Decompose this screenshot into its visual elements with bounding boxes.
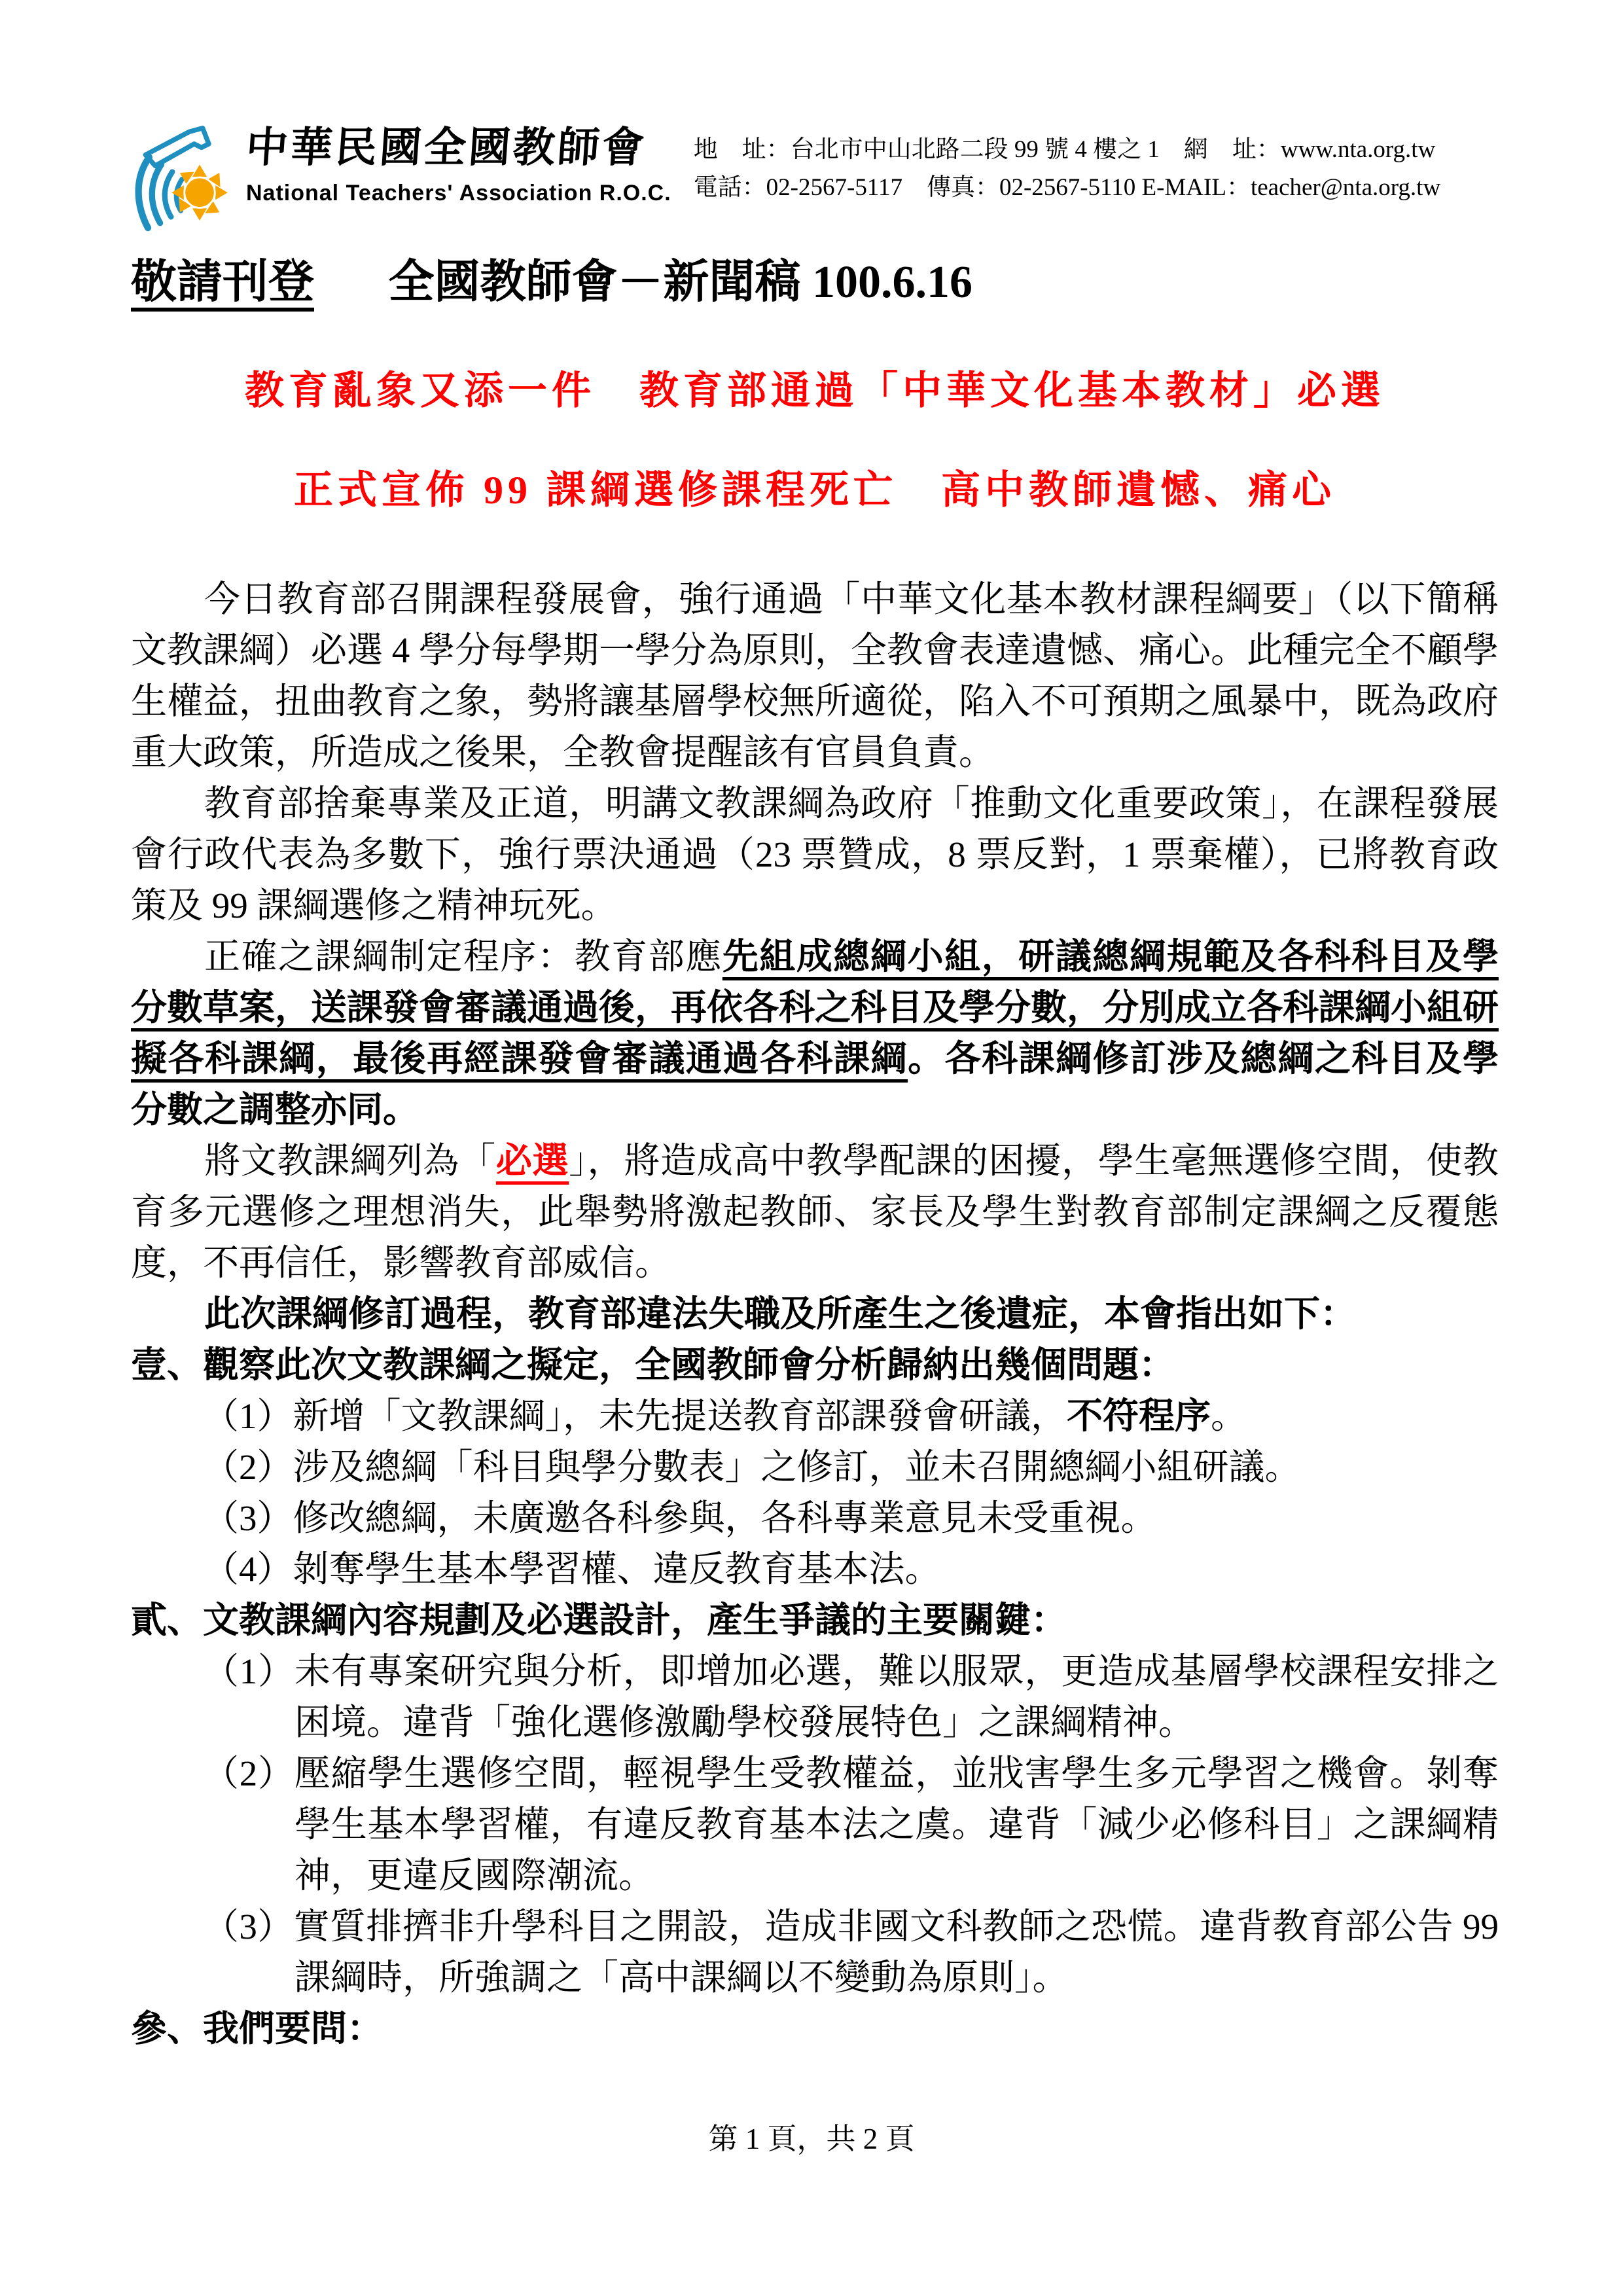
- contact-address-line: 地 址：台北市中山北路二段 99 號 4 樓之 1 網 址：www.nta.or…: [694, 131, 1440, 169]
- headline-line-1: 教育亂象又添一件 教育部通過「中華文化基本教材」必選: [131, 371, 1499, 410]
- section-1-item-2: （2）涉及總綱「科目與學分數表」之修訂，並未召開總綱小組研議。: [131, 1442, 1499, 1493]
- paragraph-2: 教育部捨棄專業及正道，明講文教課綱為政府「推動文化重要政策」，在課程發展會行政代…: [131, 778, 1499, 931]
- headline: 教育亂象又添一件 教育部通過「中華文化基本教材」必選 正式宣佈 99 課綱選修課…: [131, 371, 1499, 510]
- paragraph-1: 今日教育部召開課程發展會，強行通過「中華文化基本教材課程綱要」（以下簡稱文教課綱…: [131, 574, 1499, 778]
- required-elective-highlight: 必選: [496, 1141, 569, 1181]
- paragraph-3: 正確之課綱制定程序：教育部應先組成總綱小組，研議總綱規範及各科科目及學分數草案，…: [131, 931, 1499, 1136]
- body-text: 今日教育部召開課程發展會，強行通過「中華文化基本教材課程綱要」（以下簡稱文教課綱…: [131, 574, 1499, 2054]
- paragraph-5: 此次課綱修訂過程，教育部違法失職及所產生之後遺症，本會指出如下：: [131, 1289, 1499, 1340]
- press-release-title: 全國教師會－新聞稿 100.6.16: [389, 257, 973, 308]
- section-2-item-1: （1）未有專案研究與分析，即增加必選，難以服眾，更造成基層學校課程安排之困境。違…: [131, 1646, 1499, 1748]
- section-1-heading: 壹、觀察此次文教課綱之擬定，全國教師會分析歸納出幾個問題：: [131, 1340, 1499, 1391]
- contact-phone-line: 電話：02-2567-5117 傳真：02-2567-5110 E-MAIL：t…: [694, 169, 1440, 207]
- section-1-item-1: （1）新增「文教課綱」，未先提送教育部課發會研議，不符程序。: [131, 1391, 1499, 1442]
- section-2-heading: 貳、文教課綱內容規劃及必選設計，產生爭議的主要關鍵：: [131, 1595, 1499, 1646]
- document-title-row: 敬請刊登 全國教師會－新聞稿 100.6.16: [131, 245, 1499, 311]
- section-2-item-3: （3）實質排擠非升學科目之開設，造成非國文科教師之恐慌。違背教育部公告 99 課…: [131, 1901, 1499, 2003]
- sunflower: [171, 164, 228, 221]
- nta-logo: 中華民國全國教師會 National Teachers' Association…: [131, 117, 671, 236]
- section-3-heading: 參、我們要問：: [131, 2003, 1499, 2054]
- section-1-item-3: （3）修改總綱，未廣邀各科參與，各科專業意見未受重視。: [131, 1493, 1499, 1544]
- nta-logo-icon: [131, 119, 234, 236]
- press-release-page: 中華民國全國教師會 National Teachers' Association…: [0, 0, 1623, 2296]
- headline-line-2: 正式宣佈 99 課綱選修課程死亡 高中教師遺憾、痛心: [131, 471, 1499, 510]
- contact-block: 地 址：台北市中山北路二段 99 號 4 樓之 1 網 址：www.nta.or…: [694, 131, 1440, 207]
- section-2-item-2: （2）壓縮學生選修空間，輕視學生受教權益，並戕害學生多元學習之機會。剝奪學生基本…: [131, 1748, 1499, 1901]
- letterhead: 中華民國全國教師會 National Teachers' Association…: [131, 117, 1499, 236]
- publish-request-label: 敬請刊登: [131, 257, 314, 308]
- paragraph-4: 將文教課綱列為「必選」，將造成高中教學配課的困擾，學生毫無選修空間，使教育多元選…: [131, 1136, 1499, 1289]
- org-name-zh: 中華民國全國教師會: [244, 117, 673, 179]
- org-name-en: National Teachers' Association R.O.C.: [246, 181, 671, 206]
- page-number-footer: 第 1 頁，共 2 頁: [0, 2115, 1623, 2157]
- section-1-item-4: （4）剝奪學生基本學習權、違反教育基本法。: [131, 1544, 1499, 1595]
